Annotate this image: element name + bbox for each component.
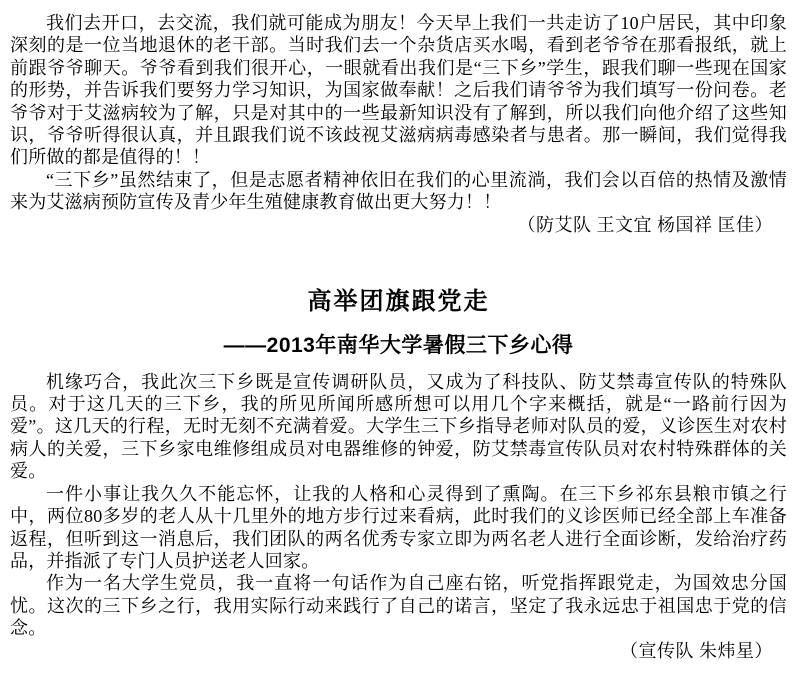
article-subtitle: ——2013年南华大学暑假三下乡心得: [10, 332, 787, 360]
document-page: 我们去开口，去交流，我们就可能成为朋友！今天早上我们一共走访了10户居民，其中印…: [0, 0, 799, 689]
section1-paragraph-2: “三下乡”虽然结束了，但是志愿者精神依旧在我们的心里流淌，我们会以百倍的热情及激…: [10, 169, 787, 214]
article-title: 高举团旗跟党走: [10, 287, 787, 317]
section2-paragraph-2: 一件小事让我久久不能忘怀，让我的人格和心灵得到了熏陶。在三下乡祁东县粮市镇之行中…: [10, 483, 787, 573]
section1-paragraph-1: 我们去开口，去交流，我们就可能成为朋友！今天早上我们一共走访了10户居民，其中印…: [10, 12, 787, 169]
section2-paragraph-1: 机缘巧合，我此次三下乡既是宣传调研队员，又成为了科技队、防艾禁毒宣传队的特殊队员…: [10, 371, 787, 483]
section2-paragraph-3: 作为一名大学生党员，我一直将一句话作为自己座右铭，听党指挥跟党走，为国效忠分国忧…: [10, 572, 787, 639]
section1-signature: （防艾队 王文宜 杨国祥 匡佳）: [10, 214, 787, 237]
section2-signature: （宣传队 朱炜星）: [10, 640, 787, 663]
